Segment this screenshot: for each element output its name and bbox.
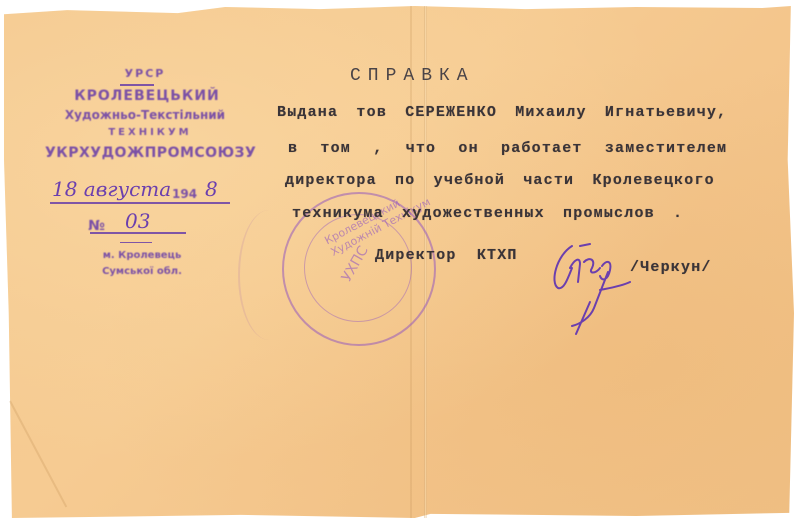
signer-name: /Черкун/: [630, 259, 712, 276]
stamp-divider-2: [120, 242, 152, 243]
stamp-line-ursr: УРСР: [100, 67, 190, 80]
stamp-number: 03: [125, 209, 150, 233]
handwritten-signature: [550, 238, 640, 343]
body-line-2: в том , что он работает заместителем: [288, 140, 727, 157]
stamp-place-region: Сумської обл.: [92, 266, 192, 277]
stamp-line-technikum: ТЕХНІКУМ: [70, 127, 230, 138]
document-title: СПРАВКА: [350, 66, 475, 86]
stamp-line-type: Художньо-Текстільний: [45, 108, 245, 122]
stamp-line-institution: КРОЛЕВЕЦЬКИЙ: [62, 88, 232, 104]
stamp-year-suffix: 8: [205, 177, 218, 201]
signature-role: Директор КТХП: [375, 247, 518, 264]
signature-icon: [550, 238, 640, 338]
stamp-divider: [120, 84, 154, 86]
stamp-date: 18 августа: [52, 177, 171, 201]
stamp-place-city: м. Кролевець: [90, 250, 194, 261]
stamp-year-prefix: 194: [172, 187, 197, 201]
stamp-line-union: УКРХУДОЖПРОМСОЮЗУ: [45, 145, 245, 161]
stamp-date-underline: [50, 202, 230, 204]
stamp-number-underline: [90, 232, 186, 234]
body-line-4: техникума художественных промыслов .: [292, 205, 683, 222]
body-line-1: Выдана тов СЕРЕЖЕНКО Михаилу Игнатьевичу…: [277, 104, 727, 121]
body-line-3: директора по учебной части Кролевецкого: [285, 172, 715, 189]
